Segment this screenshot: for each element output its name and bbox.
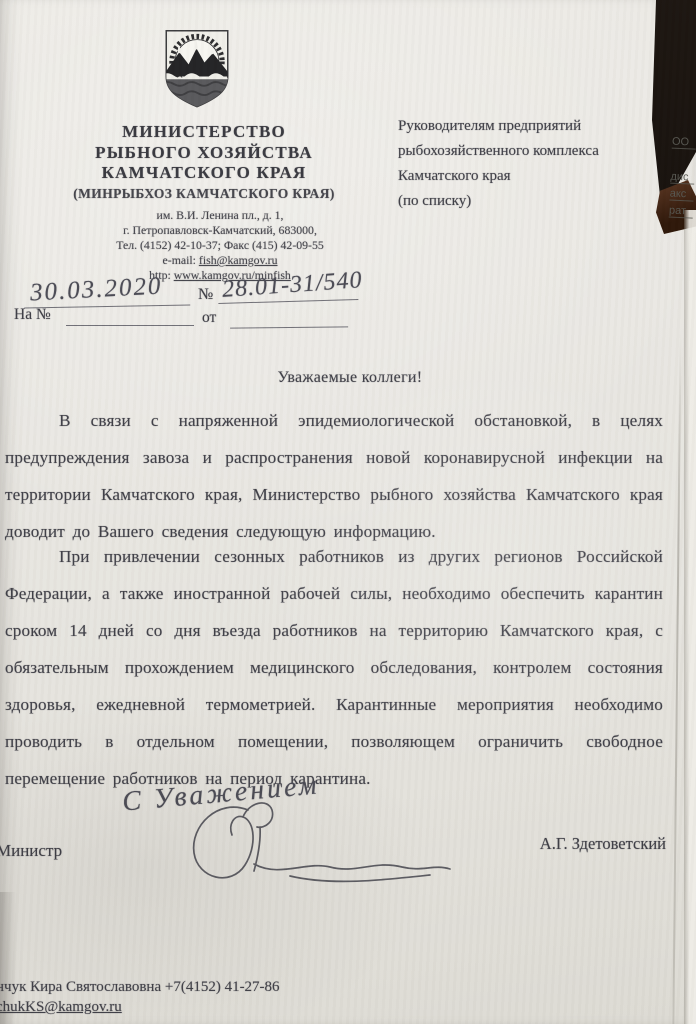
ministry-name-line3: КАМЧАТСКОГО КРАЯ <box>18 163 390 184</box>
edge-fragment-text: ОО <box>672 136 696 150</box>
body-paragraph-1: В связи с напряженной эпидемиологической… <box>5 402 663 550</box>
edge-fragment-text: акс <box>669 188 694 202</box>
recipient-block: Руководителям предприятий рыбохозяйствен… <box>398 114 658 214</box>
signer-name: А.Г. Здетоветский <box>430 834 666 854</box>
recipient-line: Руководителям предприятий <box>398 114 658 139</box>
underlying-page-fragments: ОО дис акс рат <box>662 135 696 240</box>
recipient-line: рыбохозяйственного комплекса <box>398 139 658 164</box>
edge-tick-marks <box>672 222 673 239</box>
salutation: Уважаемые коллеги! <box>180 369 520 387</box>
coat-of-arms-icon <box>160 28 234 110</box>
address-phone-fax: Тел. (4152) 42-10-37; Факс (415) 42-09-5… <box>28 238 412 253</box>
email-link-text: fish@kamgov.ru <box>199 253 278 267</box>
reply-number-blank <box>66 300 194 326</box>
executor-contact: нчук Кира Святославовна +7(4152) 41-27-8… <box>0 979 280 996</box>
edge-fragment-text: рат <box>669 205 694 219</box>
email-label: e-mail: <box>163 253 199 267</box>
address-city: г. Петропавловск-Камчатский, 683000, <box>28 223 412 238</box>
address-email-line: e-mail: fish@kamgov.ru <box>28 253 412 268</box>
executor-email: chukKS@kamgov.ru <box>0 999 122 1016</box>
address-street: им. В.И. Ленина пл., д. 1, <box>28 208 412 223</box>
signer-position: Министр <box>0 841 62 861</box>
underlying-page-edge <box>684 210 696 1024</box>
reply-number-label: На № <box>14 306 51 324</box>
recipient-line: (по списку) <box>398 189 658 214</box>
recipient-line: Камчатского края <box>398 164 658 189</box>
page-edge-shadow <box>672 330 681 1024</box>
ministry-name-line2: РЫБНОГО ХОЗЯЙСТВА <box>18 143 390 164</box>
body-paragraph-2: При привлечении сезонных работников из д… <box>5 538 663 797</box>
edge-fragment-text: дис <box>670 171 695 185</box>
reply-from-label: от <box>202 309 216 327</box>
reply-date-blank <box>230 301 348 328</box>
scanned-letter-photo: МИНИСТЕРСТВО РЫБНОГО ХОЗЯЙСТВА КАМЧАТСКО… <box>0 0 696 1024</box>
ministry-name-line1: МИНИСТЕРСТВО <box>18 122 390 143</box>
edge-ruled-lines <box>669 153 670 170</box>
ministry-short-name: (МИНРЫБХОЗ КАМЧАТСКОГО КРАЯ) <box>6 186 402 202</box>
number-sign-label: № <box>198 286 213 304</box>
letterhead-ministry-name: МИНИСТЕРСТВО РЫБНОГО ХОЗЯЙСТВА КАМЧАТСКО… <box>18 122 390 184</box>
